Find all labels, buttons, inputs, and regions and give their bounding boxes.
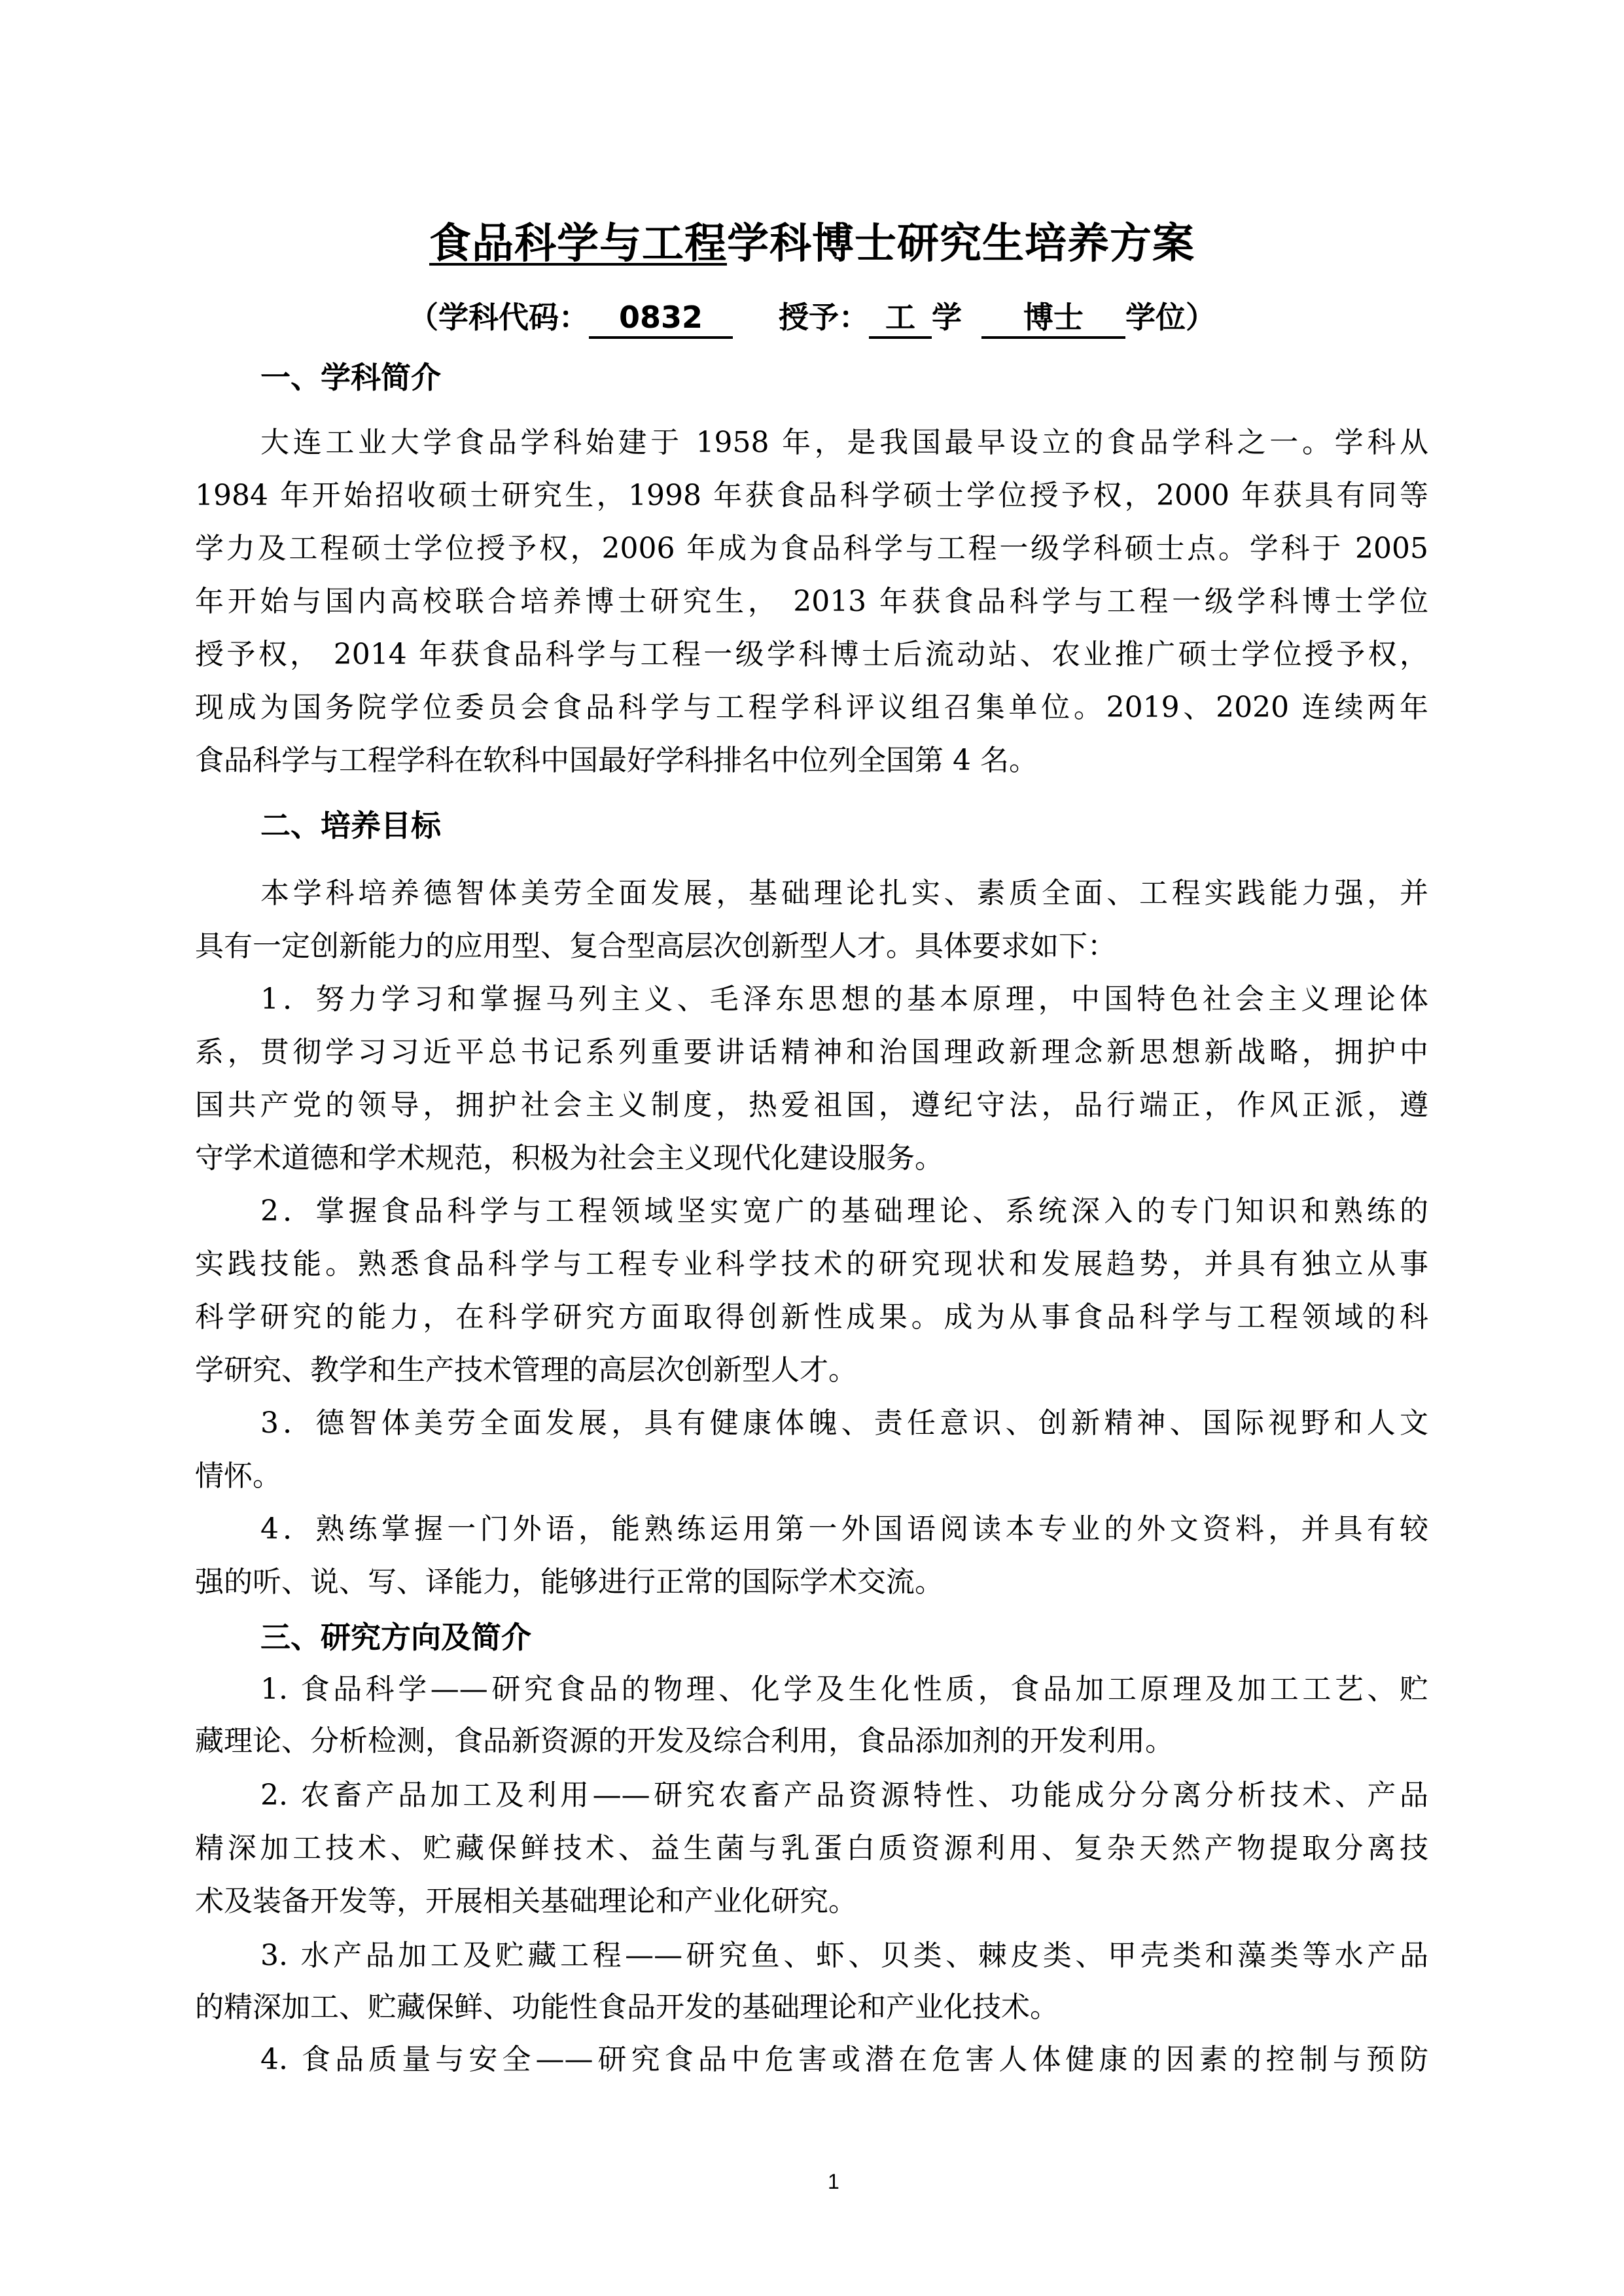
paragraph-line: 藏理论、分析检测，食品新资源的开发及综合利用，食品添加剂的开发利用。: [195, 1718, 1428, 1764]
paragraph-line: 的精深加工、贮藏保鲜、功能性食品开发的基础理论和产业化技术。: [195, 1985, 1428, 2030]
paragraph-line: 1984 年开始招收硕士研究生，1998 年获食品科学硕士学位授予权，2000 …: [195, 473, 1428, 519]
title-rest: 学科博士研究生培养方案: [727, 220, 1195, 268]
paragraph-line: 1. 食品科学——研究食品的物理、化学及生化性质，食品加工原理及加工工艺、贮: [260, 1667, 1428, 1713]
paragraph-line: 现成为国务院学位委员会食品科学与工程学科评议组召集单位。2019、2020 连续…: [195, 685, 1428, 731]
degree-field-value: 工: [869, 298, 932, 339]
paragraph-line: 情怀。: [195, 1453, 1428, 1499]
section-heading-intro: 一、学科简介: [260, 355, 441, 400]
paragraph-line: 4. 食品质量与安全——研究食品中危害或潜在危害人体健康的因素的控制与预防: [260, 2037, 1428, 2083]
paragraph-line: 2．掌握食品科学与工程领域坚实宽广的基础理论、系统深入的专门知识和熟练的: [260, 1189, 1428, 1234]
document-page: 食品科学与工程学科博士研究生培养方案 （学科代码：0832授予：工学博士学位） …: [0, 0, 1624, 2296]
paragraph-line: 年开始与国内高校联合培养博士研究生， 2013 年获食品科学与工程一级学科博士学…: [195, 579, 1428, 625]
section-heading-goals: 二、培养目标: [260, 803, 441, 848]
section-heading-research: 三、研究方向及简介: [260, 1614, 531, 1660]
paragraph-line: 本学科培养德智体美劳全面发展，基础理论扎实、素质全面、工程实践能力强，并: [260, 871, 1428, 916]
page-number: 1: [828, 2168, 839, 2195]
paragraph-line: 学研究、教学和生产技术管理的高层次创新型人才。: [195, 1348, 1428, 1393]
paragraph-line: 强的听、说、写、译能力，能够进行正常的国际学术交流。: [195, 1559, 1428, 1605]
paragraph-line: 3. 水产品加工及贮藏工程——研究鱼、虾、贝类、棘皮类、甲壳类和藻类等水产品: [260, 1933, 1428, 1979]
paragraph-line: 精深加工技术、贮藏保鲜技术、益生菌与乳蛋白质资源利用、复杂天然产物提取分离技: [195, 1826, 1428, 1871]
paragraph-line: 大连工业大学食品学科始建于 1958 年，是我国最早设立的食品学科之一。学科从: [260, 420, 1428, 466]
paragraph-line: 授予权， 2014 年获食品科学与工程一级学科博士后流动站、农业推广硕士学位授予…: [195, 632, 1428, 678]
paragraph-line: 2. 农畜产品加工及利用——研究农畜产品资源特性、功能成分分离分析技术、产品: [260, 1773, 1428, 1818]
paragraph-line: 4．熟练掌握一门外语，能熟练运用第一外国语阅读本专业的外文资料，并具有较: [260, 1506, 1428, 1552]
paragraph-line: 学力及工程硕士学位授予权，2006 年成为食品科学与工程一级学科硕士点。学科于 …: [195, 526, 1428, 572]
paragraph-line: 具有一定创新能力的应用型、复合型高层次创新型人才。具体要求如下：: [195, 924, 1428, 969]
title-underlined-part: 食品科学与工程: [429, 220, 727, 268]
paragraph-line: 3．德智体美劳全面发展，具有健康体魄、责任意识、创新精神、国际视野和人文: [260, 1400, 1428, 1446]
paragraph-line: 术及装备开发等，开展相关基础理论和产业化研究。: [195, 1879, 1428, 1924]
paragraph-line: 科学研究的能力，在科学研究方面取得创新性成果。成为从事食品科学与工程领域的科: [195, 1295, 1428, 1340]
paragraph-line: 系，贯彻学习习近平总书记系列重要讲话精神和治国理政新理念新思想新战略，拥护中: [195, 1030, 1428, 1075]
paragraph-line: 1．努力学习和掌握马列主义、毛泽东思想的基本原理，中国特色社会主义理论体: [260, 977, 1428, 1022]
subject-code-label: （学科代码：: [408, 300, 589, 335]
degree-level-value: 博士: [981, 298, 1125, 339]
document-title: 食品科学与工程学科博士研究生培养方案: [0, 208, 1624, 280]
paragraph-line: 守学术道德和学术规范，积极为社会主义现代化建设服务。: [195, 1136, 1428, 1181]
subject-code-value: 0832: [589, 298, 733, 339]
paragraph-line: 国共产党的领导，拥护社会主义制度，热爱祖国，遵纪守法，品行端正，作风正派，遵: [195, 1083, 1428, 1128]
degree-field-suffix: 学: [932, 300, 962, 335]
degree-suffix: 学位）: [1125, 300, 1216, 335]
paragraph-line: 实践技能。熟悉食品科学与工程专业科学技术的研究现状和发展趋势，并具有独立从事: [195, 1242, 1428, 1287]
document-subtitle: （学科代码：0832授予：工学博士学位）: [0, 291, 1624, 343]
paragraph-line: 食品科学与工程学科在软科中国最好学科排名中位列全国第 4 名。: [195, 738, 1428, 784]
grant-label: 授予：: [779, 300, 869, 335]
